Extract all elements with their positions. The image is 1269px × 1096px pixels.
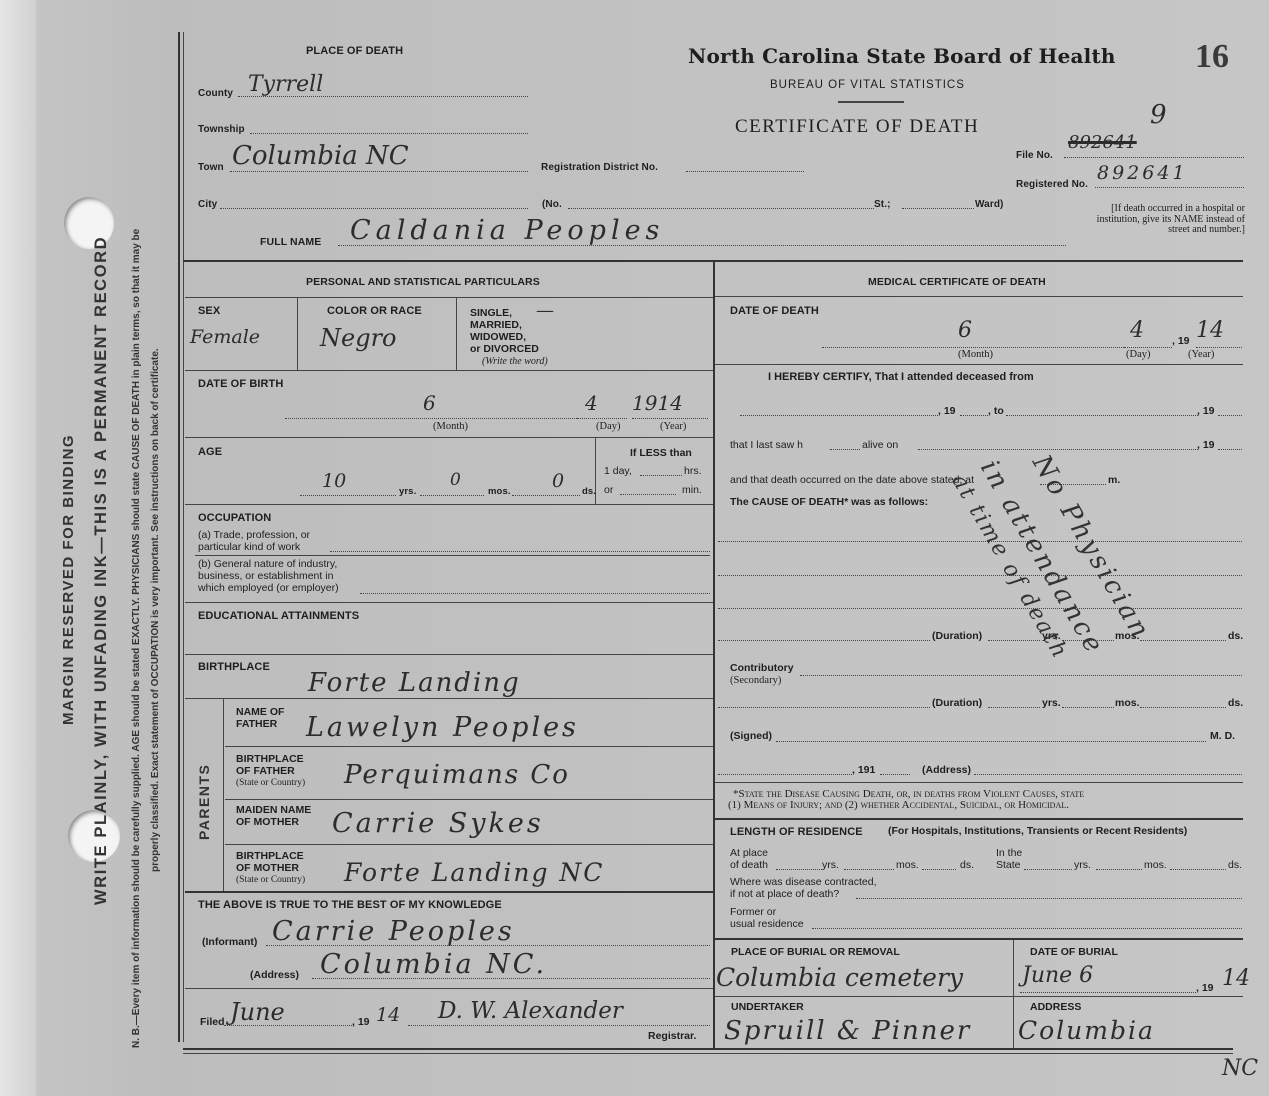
dob-month-hint: (Month) [433,421,468,432]
frame-bottom-inner [183,1053,1233,1054]
father-name-label-2: FATHER [236,719,277,730]
dod-year-value: 14 [1196,318,1224,343]
center-divider [713,262,715,1048]
attended-to-year-field[interactable] [1218,404,1242,416]
one-day-label: 1 day, [604,466,632,477]
file-no-field[interactable]: 892641 [1064,142,1244,158]
registrar-label: Registrar. [648,1031,696,1042]
dob-year-hint: (Year) [660,421,686,432]
undertaker-top-rule [715,996,1243,997]
undertaker-address-value-2: NC [1222,1056,1258,1081]
age-ds-field[interactable]: 0 [512,482,580,496]
hrs-label: hrs. [684,466,702,477]
birthplace-label: BIRTHPLACE [198,661,270,673]
residence-heading: LENGTH OF RESIDENCE [730,826,863,838]
attended-from-field[interactable] [740,404,938,416]
md-label: M. D. [1210,731,1235,742]
occupation-b-line1: (b) General nature of industry, [198,559,337,570]
registered-no-label: Registered No. [1016,179,1088,190]
dob-year-value: 1914 [632,391,683,415]
street-no-label: (No. [542,199,562,210]
dod-day-field[interactable]: 4 [1124,334,1172,348]
education-label: EDUCATIONAL ATTAINMENTS [198,610,359,622]
dob-day-hint: (Day) [596,421,621,432]
age-mos-field[interactable]: 0 [420,482,484,496]
marital-label-4: or DIVORCED [470,344,539,355]
father-bp-label-2: OF FATHER [236,766,295,777]
burial-date-label: DATE OF BURIAL [1030,947,1118,958]
father-bp-hint: (State or Country) [236,778,305,789]
dob-day-field[interactable]: 4 [577,405,627,419]
filed-month-field[interactable]: June [224,1012,354,1026]
signed-label: (Signed) [730,731,772,742]
street-label: St.; [874,199,891,210]
registrar-signature: D. W. Alexander [438,998,623,1024]
in-state-label-1: In the [996,848,1022,859]
medical-heading: MEDICAL CERTIFICATE OF DEATH [868,276,1046,288]
residence-heading-sub: (For Hospitals, Institutions, Transients… [888,826,1187,837]
father-bp-value[interactable]: Perquimans Co [344,760,570,790]
alive-on-year-field[interactable] [1218,438,1242,450]
contributory-field[interactable] [800,664,1242,676]
marital-label-3: WIDOWED, [470,332,526,343]
burial-place-value[interactable]: Columbia cemetery [716,963,963,992]
former-residence-label-1: Former or [730,907,776,918]
certificate-title: CERTIFICATE OF DEATH [735,116,979,138]
former-residence-label-2: usual residence [730,919,804,930]
sex-race-divider [297,298,298,370]
burial-year-value[interactable]: 14 [1222,966,1250,991]
at-place-ds-field[interactable] [922,859,956,870]
race-value[interactable]: Negro [320,324,397,352]
contributory-label: Contributory [730,663,794,674]
occupation-top-rule [185,504,713,505]
signed-date-field[interactable] [718,763,852,775]
certify-top-rule [715,364,1243,365]
less-min-field[interactable] [620,484,676,495]
dob-year-field[interactable]: 1914 [632,405,708,419]
last-saw-label: that I last saw h [730,440,803,451]
occupation-b-line2: business, or establishment in [198,571,333,582]
place-of-death-heading: PLACE OF DEATH [306,45,403,57]
secondary-label: (Secondary) [730,675,781,686]
sex-value[interactable]: Female [190,326,260,348]
file-no-struck-value: 892641 [1068,132,1137,153]
education-top-rule [185,602,713,603]
signed-date-year-field[interactable] [880,763,910,775]
father-bp-label-1: BIRTHPLACE [236,754,304,765]
marital-value[interactable]: — [536,300,554,321]
burial-year-prefix: , 19 [1196,983,1214,994]
mother-name-value[interactable]: Carrie Sykes [332,808,544,839]
attended-to-label: , to [988,406,1004,417]
note-line-2: properly classified. Exact statement of … [150,348,161,872]
undertaker-label: UNDERTAKER [731,1002,804,1013]
father-name-label-1: NAME OF [236,707,284,718]
county-value: Tyrrell [248,72,323,97]
dob-label: DATE OF BIRTH [198,378,283,390]
age-yrs-label: yrs. [399,486,416,497]
residence-top-rule [715,818,1243,820]
attended-to-field[interactable] [1006,404,1198,416]
ward-label: Ward) [975,199,1003,210]
county-label: County [198,88,233,99]
attended-from-year-field[interactable] [960,404,988,416]
father-rule [225,746,713,747]
town-label: Town [198,162,224,173]
torn-edge [0,0,36,1096]
age-ds-value: 0 [552,470,564,492]
attended-to-19: , 19 [1197,406,1215,417]
dod-day-hint: (Day) [1126,349,1151,360]
in-state-yrs-field[interactable] [1024,859,1072,870]
registered-no-field[interactable]: 892641 [1095,172,1244,188]
contracted-label-1: Where was disease contracted, [730,877,877,888]
race-label: COLOR OR RACE [327,305,422,317]
burial-place-label: PLACE OF BURIAL OR REMOVAL [731,947,900,958]
signed-field[interactable] [776,730,1206,742]
signed-date-191: , 191 [852,765,875,776]
frame-left-inner [183,32,184,1042]
occupation-label: OCCUPATION [198,512,271,524]
burial-date-value: June 6 [1022,963,1093,988]
father-name-value[interactable]: Lawelyn Peoples [306,712,579,743]
death-certificate-document: MARGIN RESERVED FOR BINDING WRITE PLAINL… [0,0,1269,1096]
attended-from-19: , 19 [938,406,956,417]
in-state-ds-field[interactable] [1170,859,1226,870]
occupation-a-line2: particular kind of work [198,542,300,553]
age-ds-label: ds. [582,486,596,497]
physician-address-field[interactable] [974,763,1242,775]
or-label: or [604,485,613,496]
at-place-mos-field[interactable] [844,859,894,870]
occupation-b-field[interactable] [360,582,710,594]
dod-year-hint: (Year) [1188,349,1214,360]
personal-heading-rule [185,297,713,298]
contracted-field[interactable] [856,888,1242,899]
alive-on-19: , 19 [1197,440,1215,451]
undertaker-address-label: ADDRESS [1030,1002,1081,1013]
title-rule [838,101,904,103]
in-state-mos-label: mos. [1144,860,1167,871]
duration-ds-label-2: ds. [1228,698,1243,709]
duration-mos-field-2[interactable] [1062,696,1114,708]
alive-on-label: alive on [862,440,898,451]
at-place-label-1: At place [730,848,768,859]
dob-month-value: 6 [423,391,436,415]
informant-address-value: Columbia NC. [320,949,547,980]
informant-top-rule [185,891,713,893]
dod-month-value: 6 [958,318,972,343]
mother-name-label-1: MAIDEN NAME [236,805,311,816]
occupation-mid-rule [195,555,710,556]
race-marital-divider [456,298,457,370]
occupation-a-line1: (a) Trade, profession, or [198,530,310,541]
registrar-field[interactable]: D. W. Alexander [408,1012,710,1026]
personal-heading: PERSONAL AND STATISTICAL PARTICULARS [306,276,540,288]
parents-side-label: PARENTS [196,764,212,840]
mother-bp-value[interactable]: Forte Landing NC [344,858,604,887]
dod-year-prefix: , 19 [1172,336,1190,347]
occupation-b-line3: which employed (or employer) [198,583,339,594]
footnote-top-rule [715,782,1243,783]
medical-heading-rule [715,296,1243,297]
age-mos-label: mos. [488,486,511,497]
undertaker-value[interactable]: Spruill & Pinner [724,1016,971,1046]
alive-on-field[interactable] [918,438,1198,450]
duration-yrs-label-2: yrs. [1042,698,1061,709]
file-no-corrected-value: 9 [1150,100,1167,130]
age-top-rule [185,437,713,438]
contracted-label-2: if not at place of death? [730,889,839,900]
duration-label-1: (Duration) [932,631,982,642]
marital-label-1: SINGLE, [470,308,512,319]
informant-address-field[interactable]: Columbia NC. [312,965,710,979]
frame-left [178,32,180,1042]
min-label: min. [682,485,702,496]
at-place-yrs-label: yrs. [822,860,839,871]
informant-field[interactable]: Carrie Peoples [266,932,710,946]
frame-bottom [183,1048,1233,1050]
in-state-ds-label: ds. [1228,860,1242,871]
mother-bp-label-1: BIRTHPLACE [236,851,304,862]
duration-ds-field-2[interactable] [1140,696,1226,708]
in-state-mos-field[interactable] [1096,859,1142,870]
filed-month-value: June [230,998,285,1026]
in-state-label-2: State [996,860,1021,871]
cause-label: The CAUSE OF DEATH* was as follows: [730,497,928,508]
contributory-duration-lead[interactable] [718,696,930,708]
town-field[interactable]: Columbia NC [230,155,528,172]
ward-field[interactable] [902,193,974,209]
footnote-line-2: (1) Means of Injury; and (2) whether Acc… [728,800,1069,811]
dod-year-field[interactable]: 14 [1196,334,1242,348]
burial-top-rule [715,938,1243,940]
file-no-label: File No. [1016,150,1053,161]
parents-side-divider [223,699,224,891]
dob-month-field[interactable]: 6 [285,405,577,419]
filed-year-prefix: , 19 [352,1017,370,1028]
burial-divider [1013,940,1014,1048]
duration-mos-label-2: mos. [1115,698,1140,709]
physician-address-label: (Address) [922,765,971,776]
informant-heading: THE ABOVE IS TRUE TO THE BEST OF MY KNOW… [198,899,502,911]
dod-month-hint: (Month) [958,349,993,360]
cause-line-3[interactable] [718,597,1242,609]
city-field[interactable] [220,193,528,209]
full-name-value: Caldania Peoples [350,215,664,246]
hospital-note: [If death occurred in a hospital or inst… [1090,204,1245,236]
informant-address-label: (Address) [250,970,299,981]
township-field[interactable] [250,118,528,134]
less-than-label: If LESS than [630,448,692,459]
county-field[interactable]: Tyrrell [238,80,528,97]
undertaker-address-value[interactable]: Columbia [1018,1016,1155,1045]
mother-bp-label-2: OF MOTHER [236,863,299,874]
cause-duration-lead[interactable] [718,629,930,641]
margin-reserved-text: MARGIN RESERVED FOR BINDING [60,434,77,725]
at-place-yrs-field[interactable] [776,859,822,870]
at-place-label-2: of death [730,860,768,871]
dod-month-field[interactable]: 6 [822,334,1124,348]
dod-day-value: 4 [1130,318,1144,343]
full-name-label: FULL NAME [260,236,321,248]
filed-label: Filed [200,1017,225,1028]
burial-date-field[interactable]: June 6 [1020,981,1196,993]
death-occurred-label: and that death occurred on the date abov… [730,475,974,486]
note-line-1: N. B.—Every item of information should b… [131,229,142,1048]
occupation-a-field[interactable] [330,540,710,552]
birthplace-top-rule [185,654,713,655]
board-title: North Carolina State Board of Health [688,44,1116,68]
page-number: 16 [1195,38,1229,76]
registration-district-field[interactable] [686,156,804,172]
city-label: City [198,199,217,210]
town-value: Columbia NC [232,141,409,171]
duration-label-2: (Duration) [932,698,982,709]
write-plainly-text: WRITE PLAINLY, WITH UNFADING INK—THIS IS… [92,236,111,905]
duration-yrs-field-2[interactable] [988,696,1040,708]
dod-label: DATE OF DEATH [730,305,819,317]
at-place-ds-label: ds. [960,860,974,871]
registration-district-label: Registration District No. [541,162,658,173]
bureau-subtitle: BUREAU OF VITAL STATISTICS [770,79,965,91]
mother-bp-hint: (State or Country) [236,875,305,886]
street-no-field[interactable] [568,193,874,209]
mother-name-label-2: OF MOTHER [236,817,299,828]
township-label: Township [198,124,245,135]
registered-no-value: 892641 [1097,162,1188,184]
informant-label: (Informant) [202,937,257,948]
informant-value: Carrie Peoples [272,916,515,947]
at-place-mos-label: mos. [896,860,919,871]
less-hrs-field[interactable] [640,465,682,476]
cause-line-2[interactable] [718,564,1242,576]
age-mos-value: 0 [450,470,461,490]
age-yrs-field[interactable]: 10 [300,482,396,496]
in-state-yrs-label: yrs. [1074,860,1091,871]
mother-rule [225,844,713,845]
dob-top-rule [185,370,713,371]
certify-text: I HEREBY CERTIFY, That I attended deceas… [768,372,1034,383]
dob-day-value: 4 [585,391,598,415]
former-residence-field[interactable] [812,918,1242,929]
age-yrs-value: 10 [322,470,346,492]
duration-ds-label-1: ds. [1228,631,1243,642]
parents-top-rule [185,698,713,699]
age-label: AGE [198,446,222,458]
education-field[interactable] [198,628,708,652]
father-bp-rule [225,799,713,800]
m-label: m. [1108,475,1120,486]
sex-label: SEX [198,305,220,317]
birthplace-value[interactable]: Forte Landing [308,668,521,698]
marital-label-2: MARRIED, [470,320,522,331]
filed-year-value[interactable]: 14 [376,1004,400,1026]
marital-hint: (Write the word) [482,356,548,367]
full-name-field[interactable]: Caldania Peoples [338,229,1066,246]
last-saw-pronoun-field[interactable] [830,438,860,450]
filed-top-rule [185,988,713,989]
